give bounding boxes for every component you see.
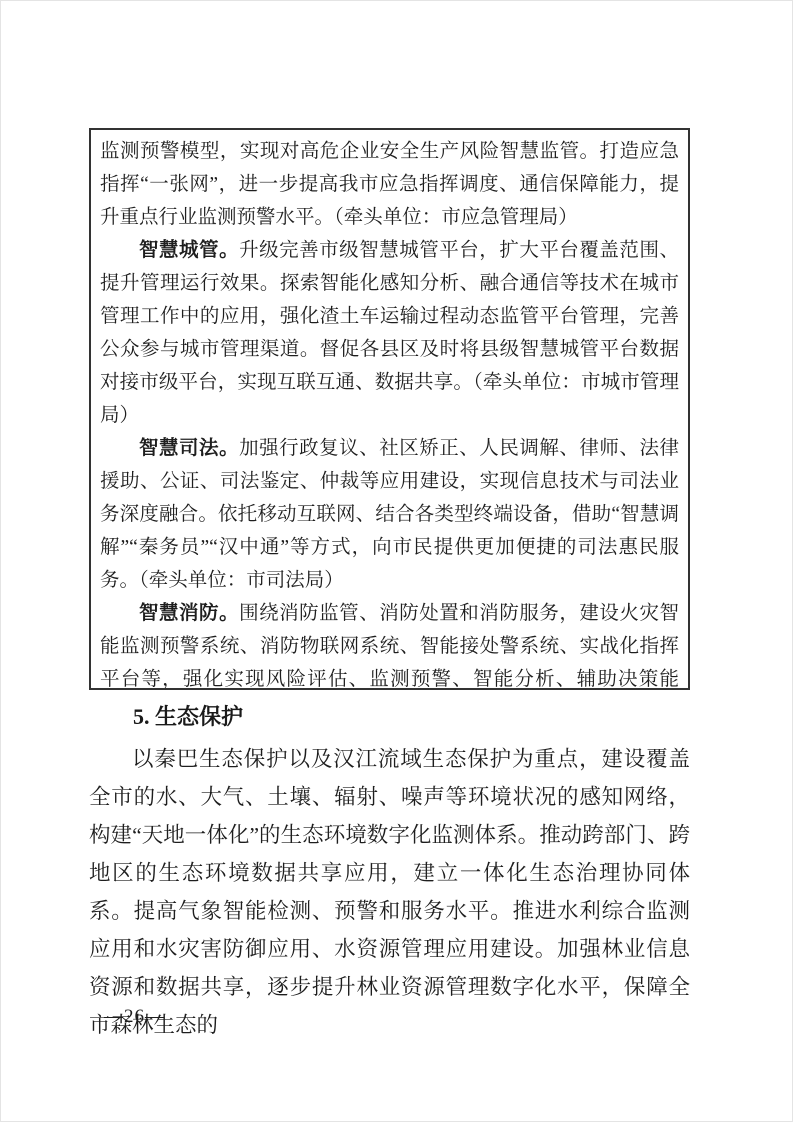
section-paragraph: 以秦巴生态保护以及汉江流域生态保护为重点，建设覆盖全市的水、大气、土壤、辐射、噪… [89,740,690,1044]
box-paragraph: 智慧司法。加强行政复议、社区矫正、人民调解、律师、法律援助、公证、司法鉴定、仲裁… [100,432,679,597]
callout-box: 监测预警模型，实现对高危企业安全生产风险智慧监管。打造应急指挥“一张网”，进一步… [89,128,690,690]
document-page: 监测预警模型，实现对高危企业安全生产风险智慧监管。打造应急指挥“一张网”，进一步… [0,0,793,1122]
box-paragraph: 智慧城管。升级完善市级智慧城管平台，扩大平台覆盖范围、提升管理运行效果。探索智能… [100,234,679,432]
paragraph-text: 加强行政复议、社区矫正、人民调解、律师、法律援助、公证、司法鉴定、仲裁等应用建设… [100,438,679,591]
paragraph-lead: 智慧城管。 [139,240,239,261]
paragraph-lead: 智慧司法。 [139,438,239,459]
box-paragraph: 智慧消防。围绕消防监管、消防处置和消防服务，建设火灾智能监测预警系统、消防物联网… [100,597,679,690]
paragraph-text: 升级完善市级智慧城管平台，扩大平台覆盖范围、提升管理运行效果。探索智能化感知分析… [100,240,679,426]
section-ecology: 5. 生态保护 以秦巴生态保护以及汉江流域生态保护为重点，建设覆盖全市的水、大气… [89,700,690,1044]
page-number: —26— [104,1003,165,1031]
paragraph-text: 监测预警模型，实现对高危企业安全生产风险智慧监管。打造应急指挥“一张网”，进一步… [100,141,679,228]
box-paragraph: 监测预警模型，实现对高危企业安全生产风险智慧监管。打造应急指挥“一张网”，进一步… [100,135,679,234]
paragraph-lead: 智慧消防。 [139,603,239,624]
section-heading: 5. 生态保护 [89,700,690,734]
